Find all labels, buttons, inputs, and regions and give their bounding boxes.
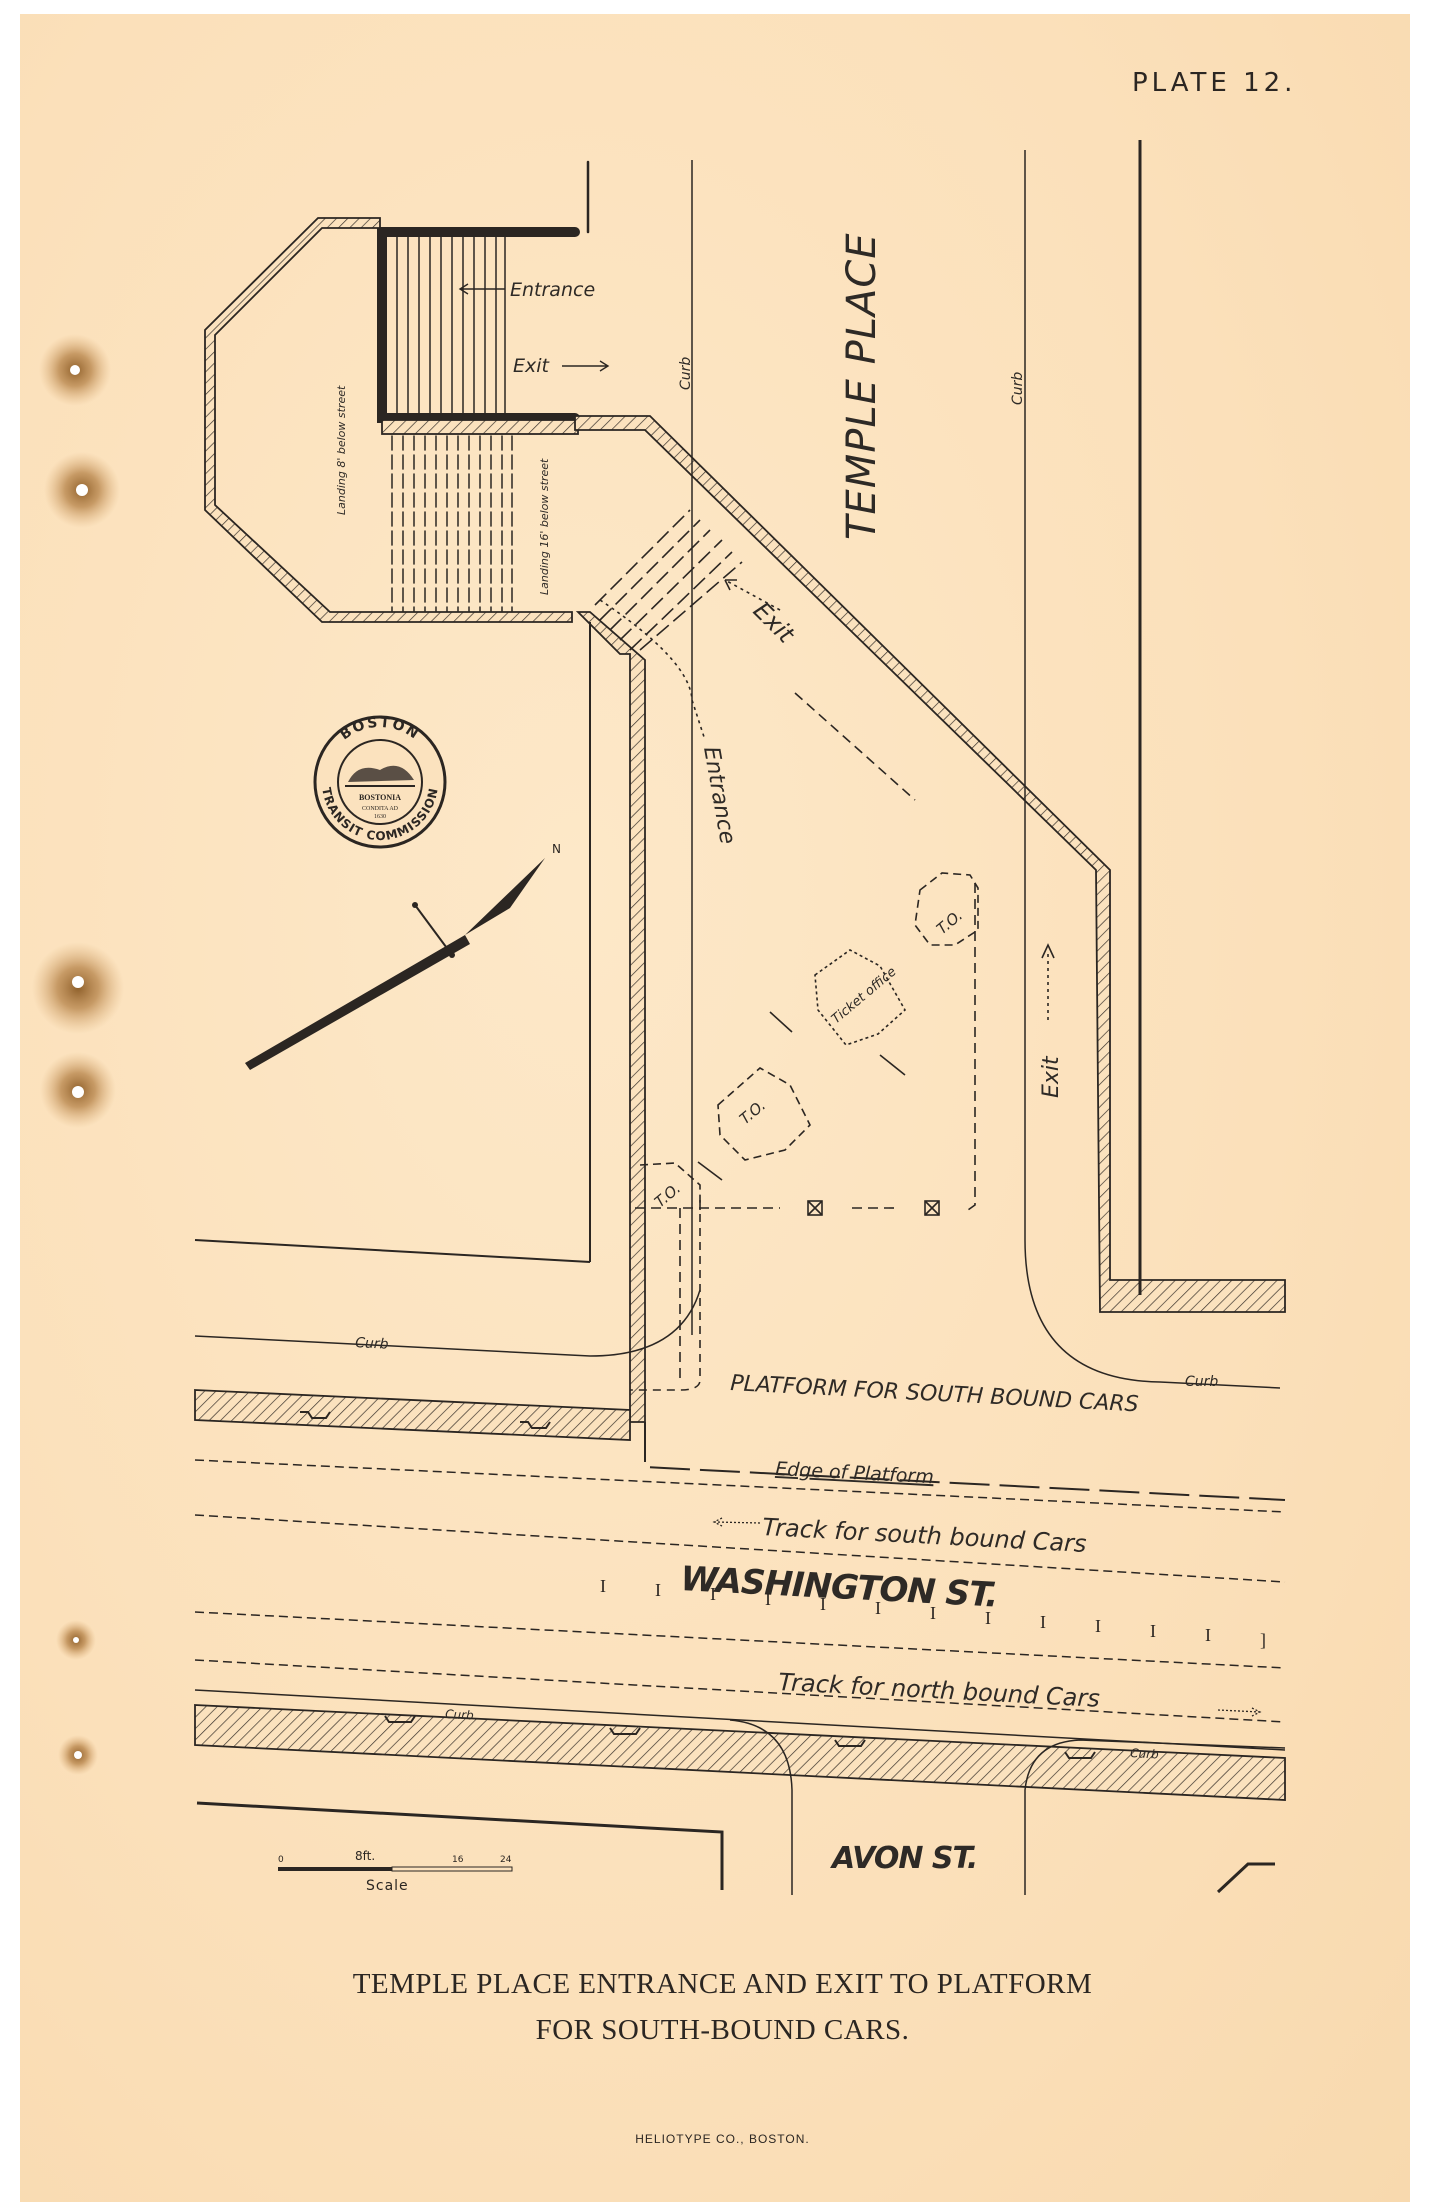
svg-text:I: I — [1040, 1612, 1046, 1632]
svg-text:16: 16 — [452, 1855, 464, 1865]
svg-text:1630: 1630 — [374, 814, 386, 820]
svg-text:CONDITA AD: CONDITA AD — [362, 806, 399, 812]
lower-stair-flight — [392, 436, 512, 612]
entrance-path — [600, 600, 705, 740]
svg-text:0: 0 — [278, 1855, 284, 1865]
ticket-office-label: Ticket office — [829, 964, 900, 1027]
plan-drawing: N BOSTON TRANSIT COMMISSION BOSTONIA CON… — [0, 0, 1445, 2208]
svg-text:I: I — [1095, 1616, 1101, 1636]
svg-text:I: I — [875, 1598, 881, 1618]
svg-text:8ft.: 8ft. — [355, 1849, 375, 1863]
washington-st-label: WASHINGTON ST. — [680, 1559, 999, 1616]
svg-text:I: I — [1205, 1625, 1211, 1645]
track-south-label: Track for south bound Cars — [762, 1513, 1087, 1558]
svg-text:I: I — [655, 1580, 661, 1600]
track-north-label: Track for north bound Cars — [778, 1668, 1101, 1713]
curb-temple-left-label: Curb — [678, 357, 694, 390]
svg-text:I: I — [930, 1603, 936, 1623]
svg-text:]: ] — [1260, 1630, 1266, 1650]
edge-of-platform-label: Edge of Platform — [775, 1458, 935, 1488]
stair-entrance-label: Entrance — [510, 279, 595, 301]
curb-washington-east-label: Curb — [1185, 1374, 1218, 1390]
temple-place-label: TEMPLE PLACE — [839, 232, 885, 540]
svg-text:I: I — [985, 1608, 991, 1628]
avon-st-label: AVON ST. — [830, 1841, 977, 1876]
to-label-1: T.O. — [933, 906, 966, 938]
stair-wall — [382, 232, 575, 418]
svg-text:BOSTONIA: BOSTONIA — [359, 793, 401, 802]
landing-lower-label: Landing 16' below street — [538, 458, 551, 595]
boston-transit-commission-seal: BOSTON TRANSIT COMMISSION BOSTONIA CONDI… — [315, 715, 445, 847]
upper-stair-flight — [397, 236, 505, 414]
curb-south-label-1: Curb — [445, 1707, 475, 1722]
diagonal-stair-treads — [595, 510, 742, 650]
path-entrance-label: Entrance — [698, 745, 740, 846]
svg-text:Scale: Scale — [366, 1878, 409, 1894]
platform-label: PLATFORM FOR SOUTH BOUND CARS — [730, 1371, 1140, 1417]
to-label-2: T.O. — [736, 1096, 769, 1128]
scale-bar: 0 8ft. 16 24 Scale — [278, 1849, 512, 1894]
plate-number: PLATE 12. — [1132, 68, 1296, 98]
north-arrow-icon: N — [245, 842, 561, 1070]
stair-exit-label: Exit — [513, 355, 551, 377]
path-exit-label: Exit — [748, 596, 801, 649]
svg-text:N: N — [552, 842, 561, 856]
plate-title-line-1: TEMPLE PLACE ENTRANCE AND EXIT TO PLATFO… — [0, 1968, 1445, 2001]
curb-south-label-2: Curb — [1130, 1746, 1160, 1761]
svg-text:I: I — [765, 1589, 771, 1609]
to-label-3: T.O. — [651, 1179, 684, 1211]
binding-holes — [32, 334, 124, 1775]
curb-temple-right-label: Curb — [1010, 372, 1026, 405]
svg-text:I: I — [600, 1576, 606, 1596]
svg-text:I: I — [820, 1594, 826, 1614]
svg-text:24: 24 — [500, 1855, 512, 1865]
svg-text:I: I — [1150, 1621, 1156, 1641]
printer-credit: HELIOTYPE CO., BOSTON. — [0, 2132, 1445, 2146]
curb-washington-west-label: Curb — [355, 1335, 389, 1353]
right-exit-label: Exit — [1039, 1055, 1064, 1098]
svg-text:I: I — [710, 1584, 716, 1604]
landing-upper-label: Landing 8' below street — [335, 385, 348, 515]
plate-title-line-2: FOR SOUTH-BOUND CARS. — [0, 2014, 1445, 2047]
